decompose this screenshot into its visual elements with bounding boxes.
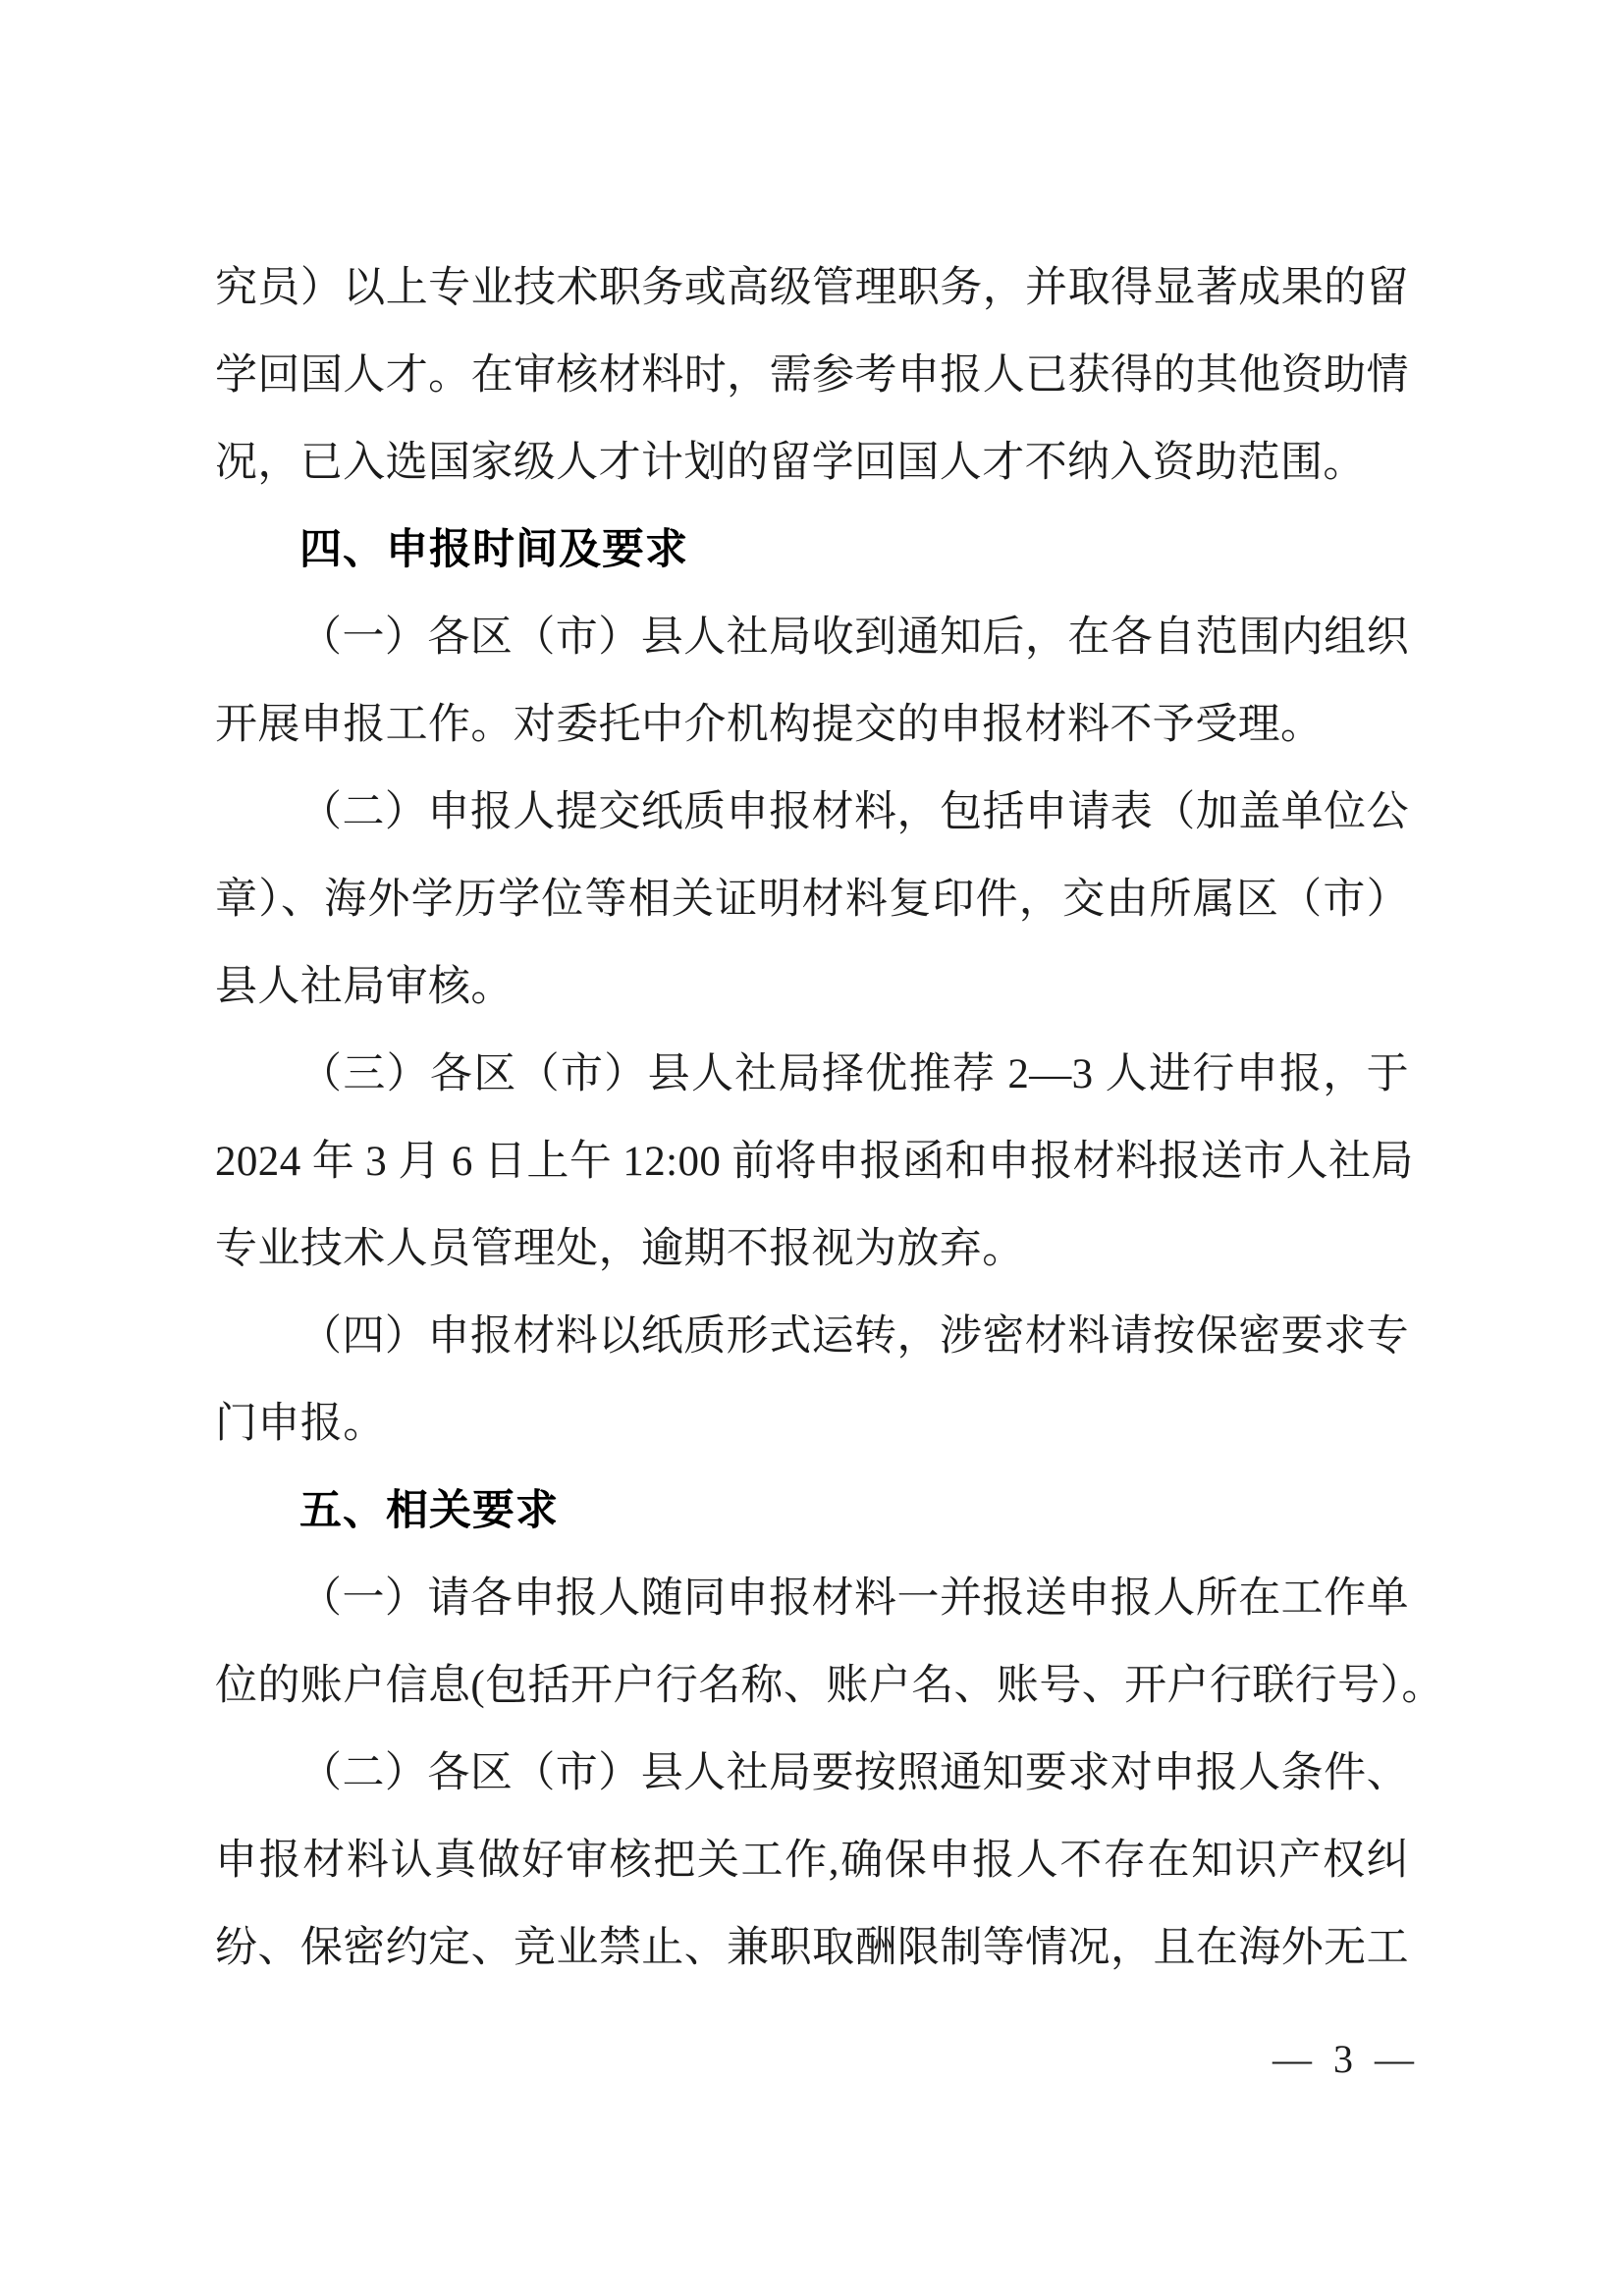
document-line: 究员）以上专业技术职务或高级管理职务，并取得显著成果的留	[215, 244, 1409, 332]
document-line: 纷、保密约定、竞业禁止、兼职取酬限制等情况，且在海外无工	[215, 1904, 1409, 1992]
document-line: （三）各区（市）县人社局择优推荐 2—3 人进行申报，于	[215, 1031, 1409, 1118]
document-line: 专业技术人员管理处，逾期不报视为放弃。	[215, 1205, 1409, 1293]
document-line: 开展申报工作。对委托中介机构提交的申报材料不予受理。	[215, 681, 1409, 769]
document-line: （二）各区（市）县人社局要按照通知要求对申报人条件、	[215, 1730, 1409, 1817]
document-line: 学回国人才。在审核材料时，需参考申报人已获得的其他资助情	[215, 332, 1409, 419]
document-line: （一）请各申报人随同申报材料一并报送申报人所在工作单	[215, 1555, 1409, 1642]
document-line: （一）各区（市）县人社局收到通知后，在各自范围内组织	[215, 594, 1409, 681]
document-line: 章）、海外学历学位等相关证明材料复印件，交由所属区（市）	[215, 856, 1409, 943]
document-line: 位的账户信息(包括开户行名称、账户名、账号、开户行联行号）。	[215, 1642, 1409, 1730]
page-number: — 3 —	[1272, 2038, 1414, 2081]
document-line: （四）申报材料以纸质形式运转，涉密材料请按保密要求专	[215, 1293, 1409, 1380]
document-body: 究员）以上专业技术职务或高级管理职务，并取得显著成果的留 学回国人才。在审核材料…	[215, 244, 1409, 1992]
document-line: 况，已入选国家级人才计划的留学回国人才不纳入资助范围。	[215, 419, 1409, 507]
document-line: 2024 年 3 月 6 日上午 12:00 前将申报函和申报材料报送市人社局	[215, 1118, 1409, 1205]
document-line: （二）申报人提交纸质申报材料，包括申请表（加盖单位公	[215, 769, 1409, 856]
section-heading-5: 五、相关要求	[215, 1468, 1409, 1555]
document-page: 究员）以上专业技术职务或高级管理职务，并取得显著成果的留 学回国人才。在审核材料…	[0, 0, 1624, 2296]
document-line: 门申报。	[215, 1380, 1409, 1468]
document-line: 县人社局审核。	[215, 943, 1409, 1031]
section-heading-4: 四、申报时间及要求	[215, 507, 1409, 594]
document-line: 申报材料认真做好审核把关工作,确保申报人不存在知识产权纠	[215, 1817, 1409, 1904]
